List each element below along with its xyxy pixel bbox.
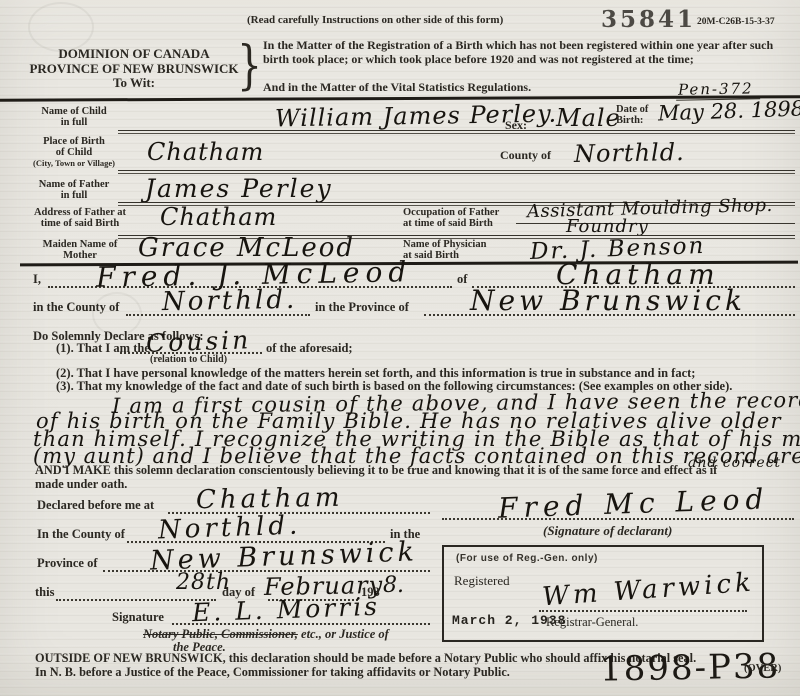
registrar-general-label: Registrar-General. [546, 615, 638, 630]
this-label: this [35, 585, 54, 600]
dotted-leader [539, 609, 747, 612]
jurisdiction-country: DOMINION OF CANADA [28, 47, 240, 62]
jurisdiction-province: PROVINCE OF NEW BRUNSWICK [28, 62, 240, 77]
relation-value: Cousin [146, 325, 252, 358]
matter-paragraph-2: And in the Matter of the Vital Statistic… [263, 80, 531, 95]
serial-number-stamp: 35841 [601, 6, 696, 33]
county-label: County of [500, 148, 551, 163]
pob-label: Place of Birth of Child (City, Town or V… [26, 136, 122, 169]
scan-smudge [28, 2, 94, 52]
matter-paragraph-1: In the Matter of the Registration of a B… [263, 39, 798, 66]
pob-value: Chatham [147, 138, 264, 166]
sex-value: Male [556, 104, 621, 132]
reggen-box: (For use of Reg.-Gen. only) Registered W… [442, 545, 764, 642]
header-brace: } [237, 36, 262, 96]
father-occupation-value-2: Foundry [566, 216, 649, 237]
attest-county-label: In the County of [37, 527, 125, 542]
form-code: 20M-C26B-15-3-37 [697, 17, 775, 27]
year-written: 8. [383, 573, 404, 598]
father-name-value: James Perley [145, 174, 333, 203]
declarant-county-value: Northld. [162, 285, 298, 317]
registrar-signature-value: Wm Warwick [541, 568, 756, 613]
father-occupation-label: Occupation of Father at time of said Bir… [403, 207, 523, 229]
item1-post: of the aforesaid; [266, 341, 353, 356]
jurisdiction-to-wit: To Wit: [28, 76, 240, 91]
officer-title-struck: Notary Public, Commissioner, [143, 627, 298, 641]
dob-value: May 28. 1898 [658, 96, 800, 125]
footer-line-2: In N. B. before a Justice of the Peace, … [35, 665, 510, 680]
father-address-value: Chatham [160, 203, 277, 231]
reggen-note: (For use of Reg.-Gen. only) [456, 553, 598, 564]
child-name-label: Name of Child in full [30, 106, 118, 128]
declared-before-label: Declared before me at [37, 498, 154, 513]
made-under-oath-line: made under oath. [35, 477, 127, 492]
read-instructions-note: (Read carefully Instructions on other si… [247, 14, 503, 26]
signature-label: Signature [112, 610, 164, 625]
officer-title-rest: etc., or Justice of [301, 627, 389, 641]
dob-label: Date of Birth: [616, 104, 662, 126]
father-address-label: Address of Father at time of said Birth [28, 207, 132, 229]
county-value: Northld. [574, 138, 685, 168]
attest-province-label: Province of [37, 556, 98, 571]
birth-registration-form: (Read carefully Instructions on other si… [0, 0, 800, 696]
relation-note: (relation to Child) [150, 354, 227, 365]
declarant-province-label: in the Province of [315, 300, 409, 315]
of-label: of [457, 272, 467, 287]
father-occupation-value-1: Assistant Moulding Shop. [527, 195, 773, 222]
occupation-rule [516, 223, 795, 224]
physician-label: Name of Physician at said Birth [403, 239, 515, 261]
mother-maiden-label: Maiden Name of Mother [32, 239, 128, 261]
declarant-county-label: in the County of [33, 300, 119, 315]
jurisdiction-block: DOMINION OF CANADA PROVINCE OF NEW BRUNS… [28, 47, 240, 91]
declared-place-value: Chatham [196, 483, 344, 516]
and-i-make-line: AND I MAKE this solemn declaration consc… [35, 463, 717, 478]
over-label: (OVER) [744, 663, 781, 674]
i-label: I, [33, 272, 41, 287]
registered-label: Registered [454, 573, 510, 589]
father-name-label: Name of Father in full [30, 179, 118, 201]
row-rule [118, 130, 795, 134]
declarant-signature-note: (Signature of declarant) [543, 523, 672, 539]
footer-line-1: OUTSIDE OF NEW BRUNSWICK, this declarati… [35, 651, 696, 666]
declarant-province-value: New Brunswick [470, 284, 746, 317]
